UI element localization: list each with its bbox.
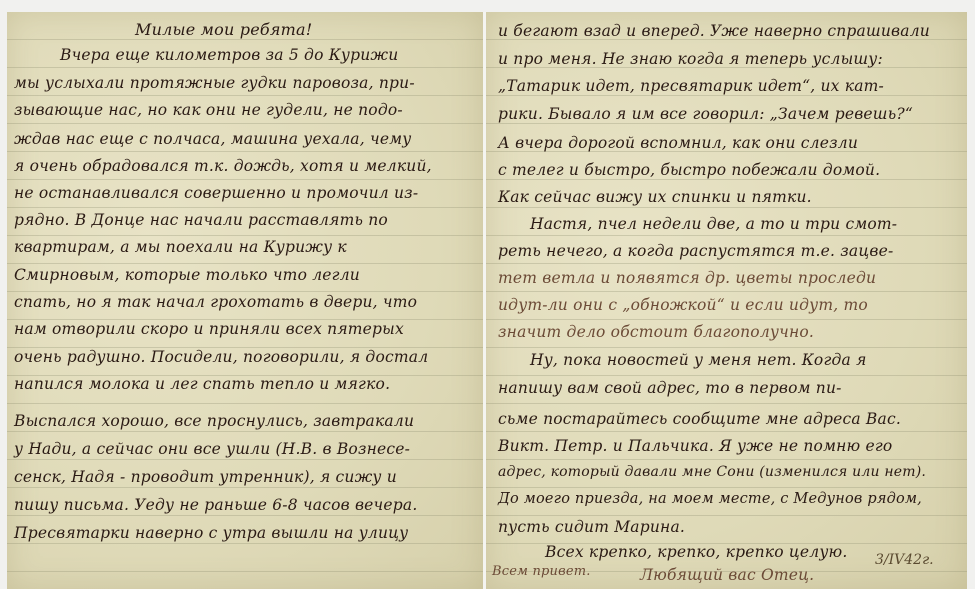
letter-line: сьме постарайтесь сообщите мне адреса Ва… [498, 410, 901, 428]
letter-line: мы услыхали протяжные гудки паровоза, пр… [14, 74, 415, 92]
letter-line: зывающие нас, но как они не гудели, не п… [14, 101, 403, 119]
signature: Любящий вас Отец. [640, 566, 814, 584]
letter-line: рядно. В Донце нас начали расставлять по [14, 211, 388, 229]
letter-line: напишу вам свой адрес, то в первом пи- [498, 379, 842, 397]
letter-line: пусть сидит Марина. [498, 518, 685, 536]
letter-line: Всех крепко, крепко, крепко целую. [545, 543, 848, 561]
letter-line: очень радушно. Посидели, поговорили, я д… [14, 348, 428, 366]
letter-line: не останавливался совершенно и промочил … [14, 184, 418, 202]
letter-date: 3/IV42г. [875, 552, 934, 568]
letter-line: спать, но я так начал грохотать в двери,… [14, 293, 417, 311]
letter-line: нам отворили скоро и приняли всех пятеры… [14, 320, 404, 338]
letter-line: Пресвятарки наверно с утра вышли на улиц… [14, 524, 408, 542]
letter-line: квартирам, а мы поехали на Курижу к [14, 238, 347, 256]
letter-line: реть нечего, а когда распустятся т.е. за… [498, 242, 893, 260]
letter-line: Викт. Петр. и Пальчика. Я уже не помню е… [498, 437, 892, 455]
letter-line: у Нади, а сейчас они все ушли (Н.В. в Во… [14, 440, 410, 458]
letter-line: я очень обрадовался т.к. дождь, хотя и м… [14, 157, 432, 175]
letter-line: А вчера дорогой вспомнил, как они слезли [498, 134, 858, 152]
letter-line: и бегают взад и вперед. Уже наверно спра… [498, 22, 930, 40]
postscript: Всем привет. [492, 564, 591, 579]
letter-line: пишу письма. Уеду не раньше 6-8 часов ве… [14, 496, 417, 514]
letter-line: и про меня. Не знаю когда я теперь услыш… [498, 50, 883, 68]
greeting: Милые мои ребята! [135, 20, 312, 39]
letter-line: с телег и быстро, быстро побежали домой. [498, 161, 880, 179]
letter-line: „Татарик идет, пресвятарик идет“, их кат… [498, 77, 884, 95]
letter-line: адрес, который давали мне Сони (изменилс… [498, 464, 926, 480]
letter-line: Вчера еще километров за 5 до Курижи [60, 46, 398, 64]
letter-line: Смирновым, которые только что легли [14, 266, 360, 284]
letter-line: рики. Бывало я им все говорил: „Зачем ре… [498, 105, 913, 123]
letter-line: Ну, пока новостей у меня нет. Когда я [530, 351, 867, 369]
letter-line: тет ветла и появятся др. цветы проследи [498, 269, 876, 287]
letter-line: Как сейчас вижу их спинки и пятки. [498, 188, 812, 206]
letter-line: Настя, пчел недели две, а то и три смот- [530, 215, 897, 233]
letter-line: идут-ли они с „обножкой“ и если идут, то [498, 296, 868, 314]
letter-line: Выспался хорошо, все проснулись, завтрак… [14, 412, 414, 430]
letter-line: До моего приезда, на моем месте, с Медун… [498, 491, 922, 507]
letter-line: напился молока и лег спать тепло и мягко… [14, 375, 390, 393]
letter-line: сенск, Надя - проводит утренник), я сижу… [14, 468, 397, 486]
letter-line: значит дело обстоит благополучно. [498, 323, 814, 341]
letter-line: ждав нас еще с полчаса, машина уехала, ч… [14, 130, 411, 148]
